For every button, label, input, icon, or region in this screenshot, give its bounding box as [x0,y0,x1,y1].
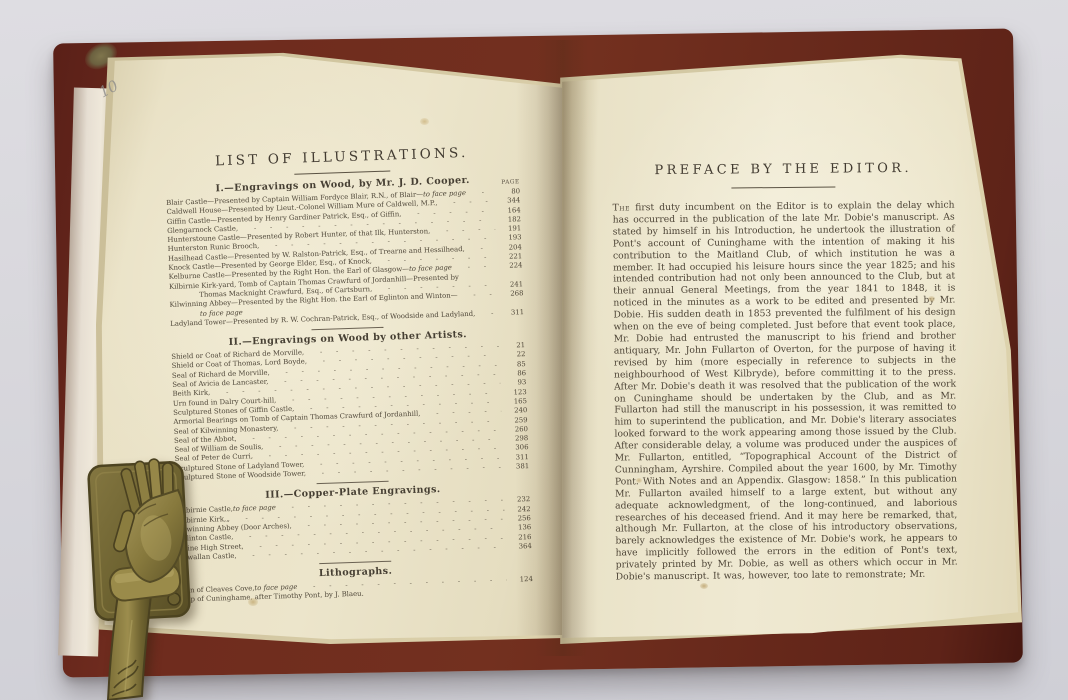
toc-page-number: 224 [496,262,522,272]
toc-page-number: 165 [501,397,527,407]
toc-page-number: 86 [500,369,526,379]
toc-page-number: 306 [502,444,528,454]
toc-page-number: 311 [503,453,529,463]
toc-page-number [497,277,523,278]
lead-word: The [613,202,631,213]
toc-page-number: 344 [494,197,520,207]
toc-page-number: 80 [494,187,520,197]
preface: PREFACE BY THE EDITOR. The first duty in… [612,161,958,584]
toc-page-number: 232 [504,495,530,505]
toc-page-number: 241 [497,280,523,290]
toc-page-number: 256 [505,514,531,524]
toc-page-number: 298 [502,434,528,444]
toc-page-number: 381 [503,462,529,472]
toc-page-number: 124 [507,575,533,585]
section-divider [311,327,383,330]
preface-rule [731,187,835,189]
toc-page-number: 364 [506,542,532,552]
toc-page-number: 182 [495,215,521,225]
toc-page-number: 268 [497,289,523,299]
toc-page-number: 204 [496,243,522,253]
toc-page-number: 123 [501,388,527,398]
toc-page-number: 136 [505,523,531,533]
toc-page-number: 311 [498,308,524,318]
toc-page-number: 216 [505,533,531,543]
toc-page-number: 21 [499,341,525,351]
toc-page-number [498,305,524,306]
toc-page-number: 242 [504,505,530,515]
toc-page-number: 221 [496,252,522,262]
toc-page-number: 93 [500,378,526,388]
section-divider [319,561,391,564]
toc-page-number: 259 [501,416,527,426]
paragraph-text: first duty incumbent on the Editor is to… [613,200,958,583]
preface-title: PREFACE BY THE EDITOR. [612,161,954,179]
page-column-label: PAGE [501,179,520,186]
toc-page-number: 191 [495,224,521,234]
page-title: LIST OF ILLUSTRATIONS. [165,143,519,171]
book-photograph: LIST OF ILLUSTRATIONS. I.—Engravings on … [0,0,1068,700]
title-rule [294,171,390,175]
section-divider [317,481,389,484]
right-page: PREFACE BY THE EDITOR. The first duty in… [558,52,1020,648]
toc-page-number: 85 [500,360,526,370]
preface-paragraph: The first duty incumbent on the Editor i… [613,200,958,584]
toc-page-number: 193 [495,234,521,244]
toc-page-number [507,590,533,591]
toc-page-number: 22 [499,351,525,361]
toc-page-number: 240 [501,406,527,416]
toc-page-number: 164 [495,206,521,216]
brass-hand-page-holder [26,452,222,700]
toc-page-number: 260 [502,425,528,435]
